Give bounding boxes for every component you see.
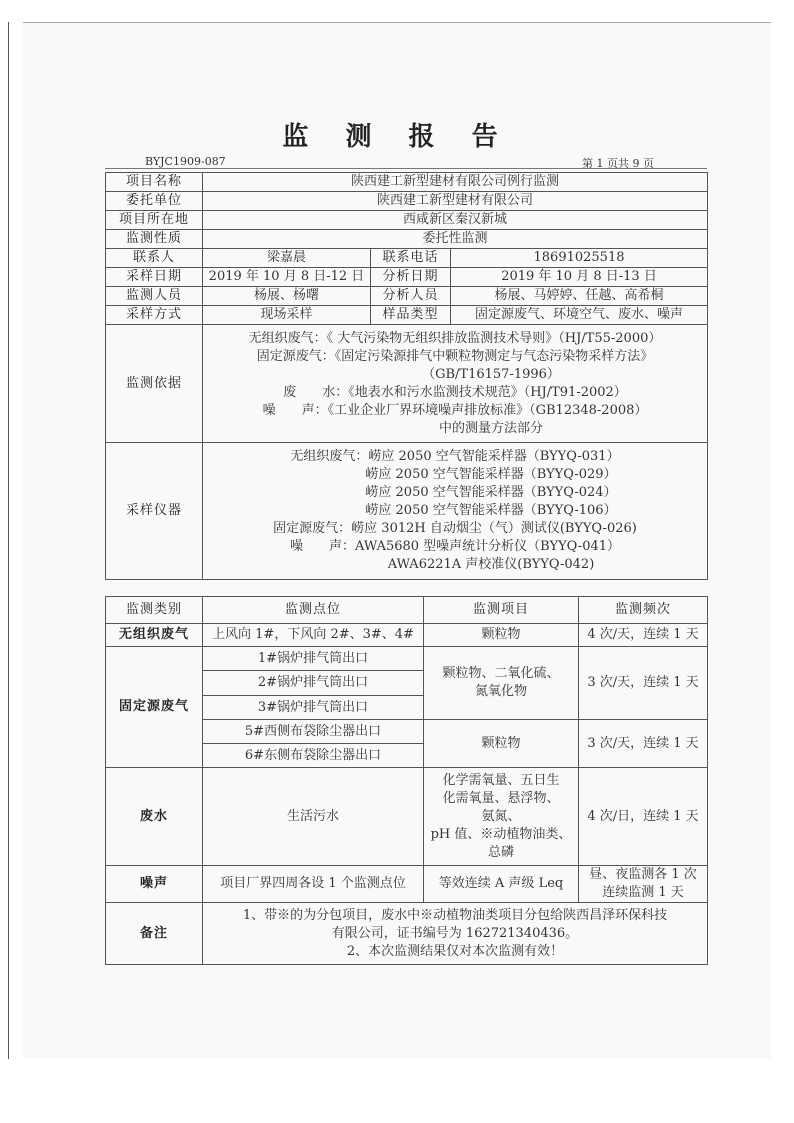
info-table: 项目名称 陕西建工新型建材有限公司例行监测 委托单位 陕西建工新型建材有限公司 …	[105, 172, 708, 580]
monitor-staff-value: 杨展、杨曙	[203, 287, 371, 306]
wastewater-category: 废水	[106, 768, 203, 866]
phone-label: 联系电话	[371, 249, 451, 268]
client-value: 陕西建工新型建材有限公司	[203, 192, 708, 211]
contact-label: 联系人	[106, 249, 203, 268]
fixed-point: 6#东侧布袋除尘器出口	[203, 744, 424, 768]
noise-frequency-line: 昼、夜监测各 1 次	[581, 866, 705, 884]
monitoring-table: 监测类别 监测点位 监测项目 监测频次 无组织废气 上风向 1#，下风向 2#、…	[105, 596, 708, 965]
fixed-point: 3#锅炉排气筒出口	[203, 696, 424, 720]
basis-line: 固定源废气：《固定污染源排气中颗粒物测定与气态污染物采样方法》	[205, 348, 705, 366]
header-item: 监测项目	[424, 597, 579, 624]
contact-value: 梁嘉晨	[203, 249, 371, 268]
instrument-line: 崂应 2050 空气智能采样器（BYYQ-106）	[205, 502, 705, 520]
noise-frequency-line: 连续监测 1 天	[581, 884, 705, 902]
project-name-label: 项目名称	[106, 173, 203, 192]
wastewater-point: 生活污水	[203, 768, 424, 866]
sampling-date-label: 采样日期	[106, 268, 203, 287]
project-name-value: 陕西建工新型建材有限公司例行监测	[203, 173, 708, 192]
monitor-staff-label: 监测人员	[106, 287, 203, 306]
wastewater-item-line: 氨氮、	[426, 808, 576, 826]
basis-label: 监测依据	[106, 325, 203, 443]
instrument-line: 固定源废气：崂应 3012H 自动烟尘（气）测试仪(BYYQ-026)	[205, 520, 705, 538]
sampling-method-label: 采样方式	[106, 306, 203, 325]
nature-label: 监测性质	[106, 230, 203, 249]
unorganized-frequency: 4 次/天，连续 1 天	[579, 624, 708, 647]
fixed-item-line: 颗粒物、二氧化硫、	[426, 665, 576, 683]
analysis-staff-value: 杨展、马婷婷、任越、高希桐	[451, 287, 708, 306]
sampling-date-value: 2019 年 10 月 8 日-12 日	[203, 268, 371, 287]
remark-line: 2、本次监测结果仅对本次监测有效！	[205, 943, 705, 961]
wastewater-items: 化学需氧量、五日生 化需氧量、悬浮物、 氨氮、 pH 值、※动植物油类、 总磷	[424, 768, 579, 866]
location-label: 项目所在地	[106, 211, 203, 230]
wastewater-item-line: pH 值、※动植物油类、	[426, 826, 576, 844]
fixed-frequency-group1: 3 次/天，连续 1 天	[579, 647, 708, 720]
basis-line: 废 水：《地表水和污水监测技术规范》（HJ/T91-2002）	[205, 384, 705, 402]
noise-item: 等效连续 A 声级 Leq	[424, 866, 579, 903]
wastewater-item-line: 化学需氧量、五日生	[426, 772, 576, 790]
analysis-staff-label: 分析人员	[371, 287, 451, 306]
wastewater-item-line: 总磷	[426, 844, 576, 862]
unorganized-item: 颗粒物	[424, 624, 579, 647]
basis-line: 中的测量方法部分	[205, 420, 705, 438]
instrument-line: 崂应 2050 空气智能采样器（BYYQ-029）	[205, 466, 705, 484]
instruments-content: 无组织废气：崂应 2050 空气智能采样器（BYYQ-031） 崂应 2050 …	[203, 443, 708, 580]
remark-line: 有限公司，证书编号为 162721340436。	[205, 925, 705, 943]
unorganized-category: 无组织废气	[106, 624, 203, 647]
remarks-content: 1、带※的为分包项目，废水中※动植物油类项目分包给陕西昌泽环保科技 有限公司，证…	[203, 903, 708, 965]
client-label: 委托单位	[106, 192, 203, 211]
basis-line: 噪 声：《工业企业厂界环境噪声排放标准》（GB12348-2008）	[205, 402, 705, 420]
instrument-line: 无组织废气：崂应 2050 空气智能采样器（BYYQ-031）	[205, 448, 705, 466]
basis-line: （GB/T16157-1996）	[205, 366, 705, 384]
scan-top-edge	[23, 22, 771, 23]
noise-frequency: 昼、夜监测各 1 次 连续监测 1 天	[579, 866, 708, 903]
basis-line: 无组织废气：《 大气污染物无组织排放监测技术导则》（HJ/T55-2000）	[205, 330, 705, 348]
noise-point: 项目厂界四周各设 1 个监测点位	[203, 866, 424, 903]
fixed-item-group1: 颗粒物、二氧化硫、 氮氧化物	[424, 647, 579, 720]
basis-content: 无组织废气：《 大气污染物无组织排放监测技术导则》（HJ/T55-2000） 固…	[203, 325, 708, 443]
instrument-line: 崂应 2050 空气智能采样器（BYYQ-024）	[205, 484, 705, 502]
header-point: 监测点位	[203, 597, 424, 624]
fixed-item-line: 氮氧化物	[426, 683, 576, 701]
scan-left-edge	[8, 22, 9, 1059]
unorganized-point: 上风向 1#，下风向 2#、3#、4#	[203, 624, 424, 647]
wastewater-item-line: 化需氧量、悬浮物、	[426, 790, 576, 808]
instruments-label: 采样仪器	[106, 443, 203, 580]
phone-value: 18691025518	[451, 249, 708, 268]
remark-line: 1、带※的为分包项目，废水中※动植物油类项目分包给陕西昌泽环保科技	[205, 907, 705, 925]
header-frequency: 监测频次	[579, 597, 708, 624]
sample-type-value: 固定源废气、环境空气、废水、噪声	[451, 306, 708, 325]
analysis-date-value: 2019 年 10 月 8 日-13 日	[451, 268, 708, 287]
wastewater-frequency: 4 次/日，连续 1 天	[579, 768, 708, 866]
instrument-line: AWA6221A 声校准仪(BYYQ-042)	[205, 556, 705, 574]
header-category: 监测类别	[106, 597, 203, 624]
noise-category: 噪声	[106, 866, 203, 903]
fixed-point: 5#西侧布袋除尘器出口	[203, 720, 424, 744]
fixed-point: 2#锅炉排气筒出口	[203, 671, 424, 696]
fixed-category: 固定源废气	[106, 647, 203, 768]
remarks-label: 备注	[106, 903, 203, 965]
instrument-line: 噪 声：AWA5680 型噪声统计分析仪（BYYQ-041）	[205, 538, 705, 556]
location-value: 西咸新区秦汉新城	[203, 211, 708, 230]
report-title: 监 测 报 告	[0, 116, 794, 153]
fixed-item-group2: 颗粒物	[424, 720, 579, 768]
report-number: BYJC1909-087	[145, 155, 226, 168]
fixed-point: 1#锅炉排气筒出口	[203, 647, 424, 671]
sampling-method-value: 现场采样	[203, 306, 371, 325]
header-divider	[105, 168, 707, 169]
analysis-date-label: 分析日期	[371, 268, 451, 287]
nature-value: 委托性监测	[203, 230, 708, 249]
fixed-frequency-group2: 3 次/天，连续 1 天	[579, 720, 708, 768]
sample-type-label: 样品类型	[371, 306, 451, 325]
